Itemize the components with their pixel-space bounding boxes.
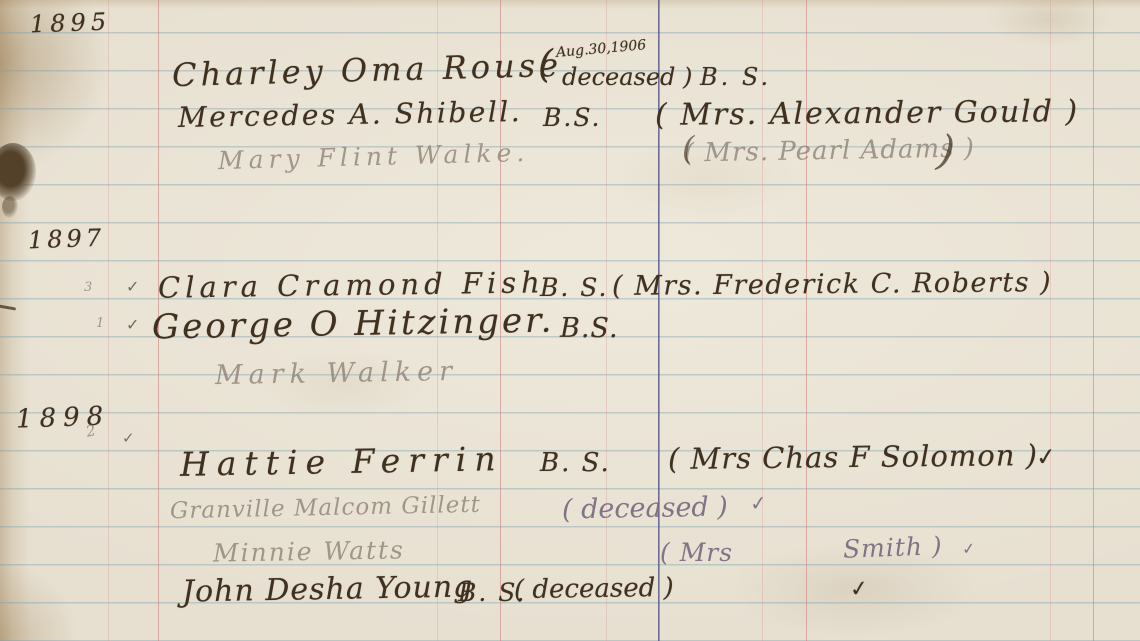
gillett-deceased-annotation: ( deceased ) [562,493,728,526]
fish-married-name: ( Mrs. Frederick C. Roberts ) [612,268,1052,302]
ferrin-checkmark-icon: ✓ [122,430,135,447]
shibell-degree-text: B.S. [543,104,602,132]
fish-margin-mark: 3 [84,281,92,295]
young-checkmark-icon: ✓ [849,577,870,603]
ferrin-married-name: ( Mrs Chas F Solomon ) [668,440,1038,476]
vertical-rule-pink-faint-1 [108,0,109,641]
young-name-text: John Desha Young [182,570,474,608]
shibell-married-name: ( Mrs. Alexander Gould ) [655,95,1079,132]
walke-ink-paren-open: ( [682,131,694,166]
gillett-checkmark-icon: ✓ [749,491,768,514]
margin-pen-dash [0,304,16,310]
rouse-paren-open: ( [538,44,553,86]
rouse-date-note: Aug.30,1906 [556,38,647,61]
watts-married-surname: Smith ) [843,532,944,563]
rouse-name-text: Charley Oma Rouse [172,48,563,93]
hitzinger-degree-text: B.S. [560,314,619,344]
hitzinger-margin-mark: 1 [96,317,104,331]
ledger-page: 1895 Charley Oma Rouse ( Aug.30,1906 dec… [0,0,1140,641]
ink-stain [0,143,36,201]
ferrin-right-checkmark-icon: ✓ [1035,443,1058,471]
rouse-degree-text: B. S. [700,64,771,90]
walker-name-text: Mark Walker [215,357,458,391]
gillett-name-text: Granville Malcom Gillett [170,493,481,525]
year-label-1898: 1898 [16,402,111,434]
shibell-name-text: Mercedes A. Shibell. [178,97,523,134]
rouse-deceased-annotation: deceased ) [562,64,692,90]
watts-name-text: Minnie Watts [213,536,405,567]
walke-name-text: Mary Flint Walke. [218,139,530,175]
young-deceased-annotation: ( deceased ) [514,574,674,605]
year-label-1897: 1897 [28,225,106,254]
fish-checkmark-icon: ✓ [126,278,139,296]
ink-stain-small [2,196,18,218]
hitzinger-name-text: George O Hitzinger. [152,302,555,346]
hitzinger-checkmark-icon: ✓ [126,316,139,334]
watts-checkmark-icon: ✓ [961,539,976,558]
vertical-rule-pink-4 [1093,0,1094,641]
watts-married-open: ( Mrs [660,539,733,567]
year-label-1895: 1895 [30,9,112,38]
ferrin-degree-text: B. S. [540,449,611,478]
fish-degree-text: B. S. [540,274,608,302]
ferrin-name-text: Hattie Ferrin [180,441,504,483]
fish-name-text: Clara Cramond Fish [158,267,545,304]
walke-married-name: ( Mrs. Pearl Adams ) [684,134,975,168]
